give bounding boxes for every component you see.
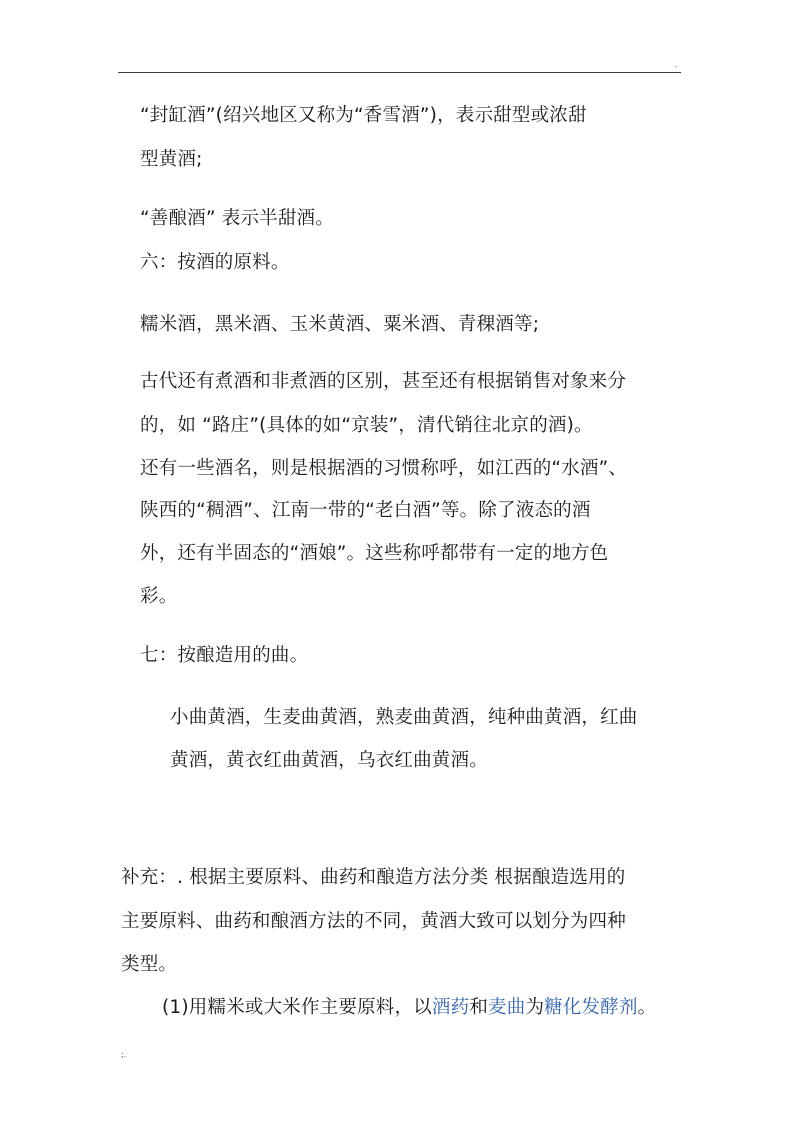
supplement-line: 补充：. 根据主要原料、曲药和酿造方法分类 根据酿造选用的 bbox=[121, 866, 625, 890]
link-jiuyao[interactable]: 酒药 bbox=[432, 997, 469, 1018]
paragraph-line: 古代还有煮酒和非煮酒的区别，甚至还有根据销售对象来分 bbox=[140, 370, 626, 394]
supplement-item-1: (1)用糯米或大米作主要原料，以酒药和麦曲为糖化发酵剂。 bbox=[162, 996, 656, 1020]
header-mark: . bbox=[675, 60, 678, 69]
link-saccharifying-agent[interactable]: 糖化发酵剂 bbox=[544, 997, 638, 1018]
item-text: (1)用糯米或大米作主要原料，以 bbox=[162, 997, 432, 1018]
section-heading-6: 六：按酒的原料。 bbox=[140, 251, 290, 275]
paragraph-line: “封缸酒”(绍兴地区又称为“香雪酒”)，表示甜型或浓甜 bbox=[140, 104, 587, 128]
paragraph-line: 外，还有半固态的“酒娘”。这些称呼都带有一定的地方色 bbox=[140, 542, 608, 566]
link-maiqu[interactable]: 麦曲 bbox=[488, 997, 525, 1018]
header-rule bbox=[118, 72, 681, 73]
paragraph-line: 陕西的“稠酒”、江南一带的“老白酒”等。除了液态的酒 bbox=[140, 499, 591, 523]
paragraph-line: 糯米酒，黑米酒、玉米黄酒、粟米酒、青稞酒等; bbox=[140, 313, 539, 337]
paragraph-line: 的，如 “路庄”(具体的如“京装”，清代销往北京的酒)。 bbox=[140, 414, 593, 438]
section-heading-7: 七：按酿造用的曲。 bbox=[140, 644, 308, 668]
paragraph-line: 还有一些酒名，则是根据酒的习惯称呼，如江西的“水酒”、 bbox=[140, 457, 627, 481]
item-text: 为 bbox=[525, 997, 544, 1018]
paragraph-line: 型黄酒; bbox=[140, 148, 203, 172]
paragraph-line: 彩。 bbox=[140, 585, 177, 609]
paragraph-line: “善酿酒” 表示半甜酒。 bbox=[140, 207, 334, 231]
paragraph-line: 黄酒，黄衣红曲黄酒，乌衣红曲黄酒。 bbox=[170, 749, 488, 773]
paragraph-line: 小曲黄酒，生麦曲黄酒，熟麦曲黄酒，纯种曲黄酒，红曲 bbox=[170, 706, 638, 730]
supplement-line: 类型。 bbox=[121, 953, 177, 977]
supplement-line: 主要原料、曲药和酿酒方法的不同，黄酒大致可以划分为四种 bbox=[121, 910, 626, 934]
item-text: 和 bbox=[469, 997, 488, 1018]
footer-mark: ;. bbox=[121, 1050, 126, 1059]
item-text: 。 bbox=[638, 997, 657, 1018]
